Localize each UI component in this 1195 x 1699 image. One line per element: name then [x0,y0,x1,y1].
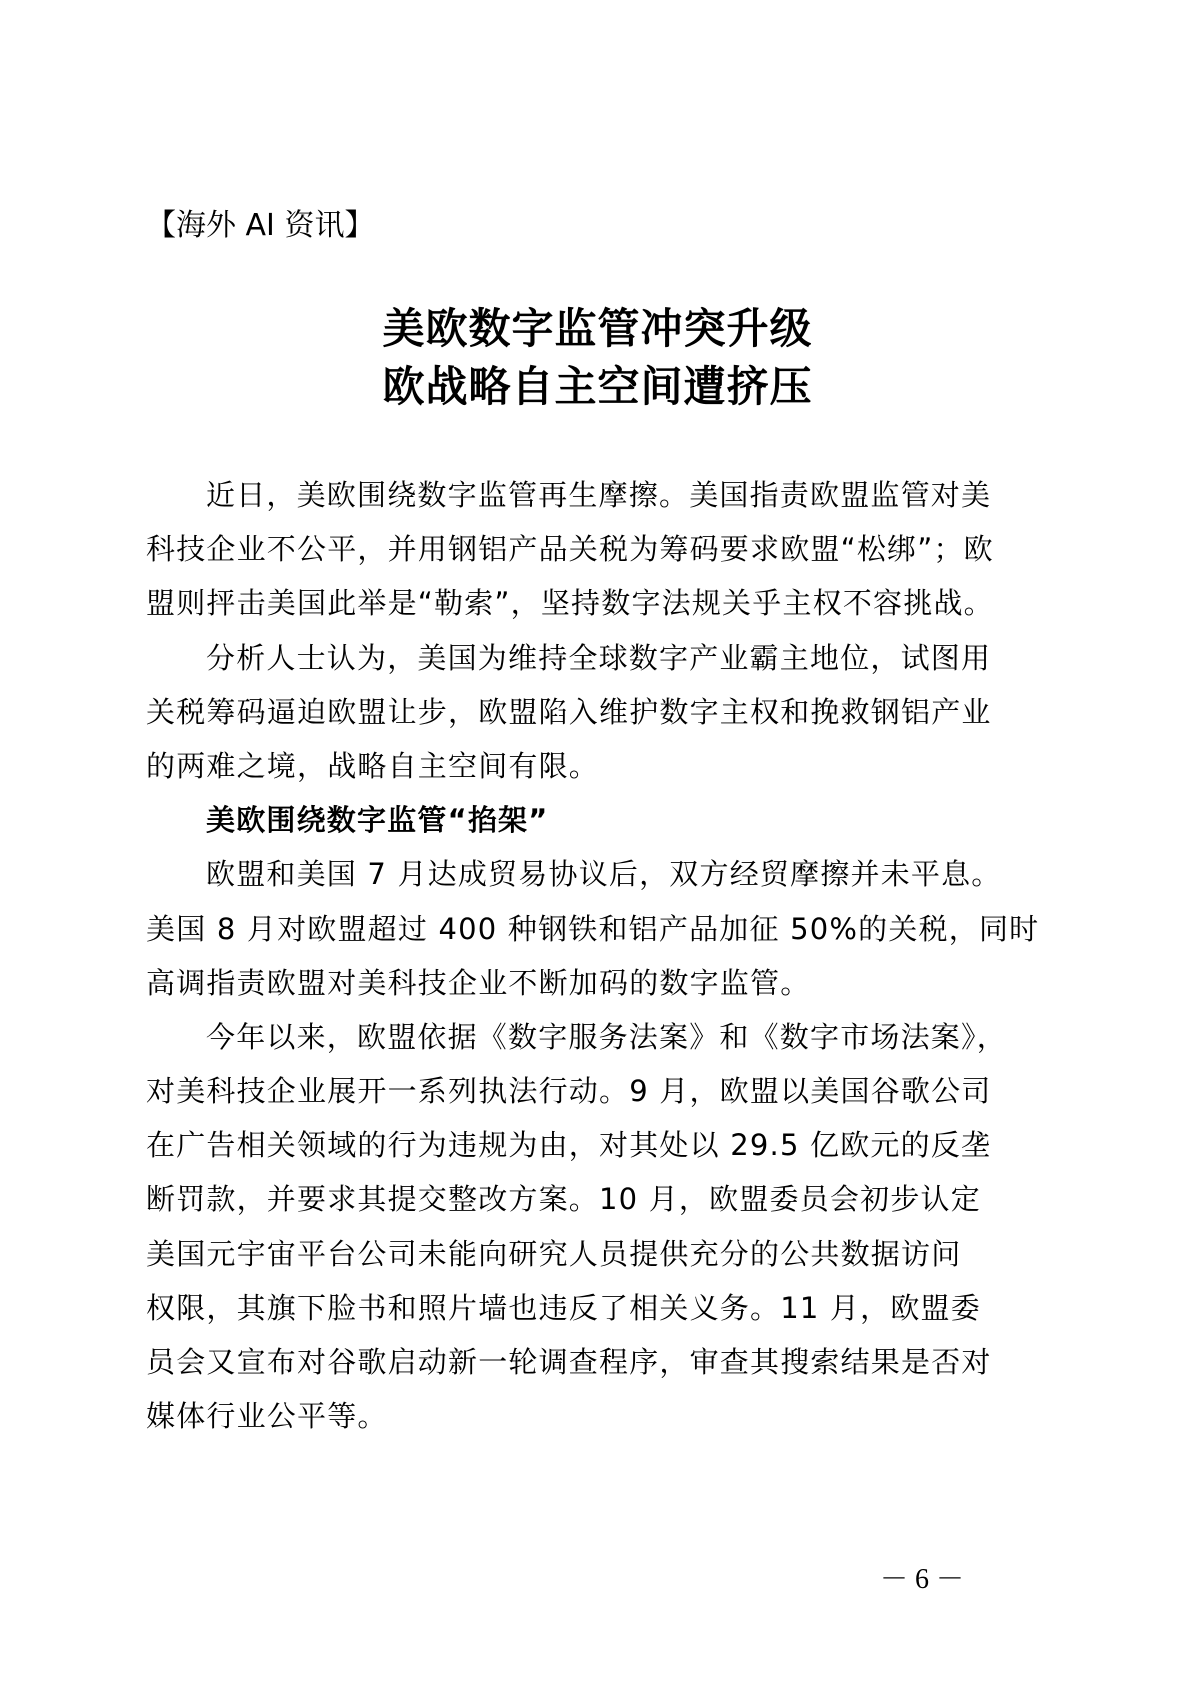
body-line: 的两难之境，战略自主空间有限。 [146,739,1046,793]
body-line: 盟则抨击美国此举是“勒索”，坚持数字法规关乎主权不容挑战。 [146,576,1046,630]
body-line: 断罚款，并要求其提交整改方案。10 月，欧盟委员会初步认定 [146,1172,1046,1226]
body-line: 员会又宣布对谷歌启动新一轮调查程序，审查其搜索结果是否对 [146,1335,1046,1389]
body-line: 近日，美欧围绕数字监管再生摩擦。美国指责欧盟监管对美 [146,468,1046,522]
body-line: 分析人士认为，美国为维持全球数字产业霸主地位，试图用 [146,631,1046,685]
body-line: 对美科技企业展开一系列执法行动。9 月，欧盟以美国谷歌公司 [146,1064,1046,1118]
body-line: 美国 8 月对欧盟超过 400 种钢铁和铝产品加征 50%的关税，同时 [146,902,1046,956]
body-line: 今年以来，欧盟依据《数字服务法案》和《数字市场法案》， [146,1010,1046,1064]
document-page: 【海外 AI 资讯】 美欧数字监管冲突升级 欧战略自主空间遭挤压 近日，美欧围绕… [0,0,1195,1699]
title-line-1: 美欧数字监管冲突升级 [0,300,1195,358]
article-body: 近日，美欧围绕数字监管再生摩擦。美国指责欧盟监管对美 科技企业不公平，并用钢铝产… [146,468,1046,1443]
body-line: 媒体行业公平等。 [146,1389,1046,1443]
section-heading: 美欧围绕数字监管“掐架” [146,793,1046,847]
article-title: 美欧数字监管冲突升级 欧战略自主空间遭挤压 [0,300,1195,416]
body-line: 关税筹码逼迫欧盟让步，欧盟陷入维护数字主权和挽救钢铝产业 [146,685,1046,739]
title-line-2: 欧战略自主空间遭挤压 [0,358,1195,416]
body-line: 欧盟和美国 7 月达成贸易协议后，双方经贸摩擦并未平息。 [146,847,1046,901]
body-line: 权限，其旗下脸书和照片墙也违反了相关义务。11 月，欧盟委 [146,1281,1046,1335]
body-line: 科技企业不公平，并用钢铝产品关税为筹码要求欧盟“松绑”；欧 [146,522,1046,576]
page-number: － 6 － [880,1560,964,1600]
body-line: 美国元宇宙平台公司未能向研究人员提供充分的公共数据访问 [146,1227,1046,1281]
body-line: 在广告相关领域的行为违规为由，对其处以 29.5 亿欧元的反垄 [146,1118,1046,1172]
body-line: 高调指责欧盟对美科技企业不断加码的数字监管。 [146,956,1046,1010]
column-tag: 【海外 AI 资讯】 [146,206,374,246]
